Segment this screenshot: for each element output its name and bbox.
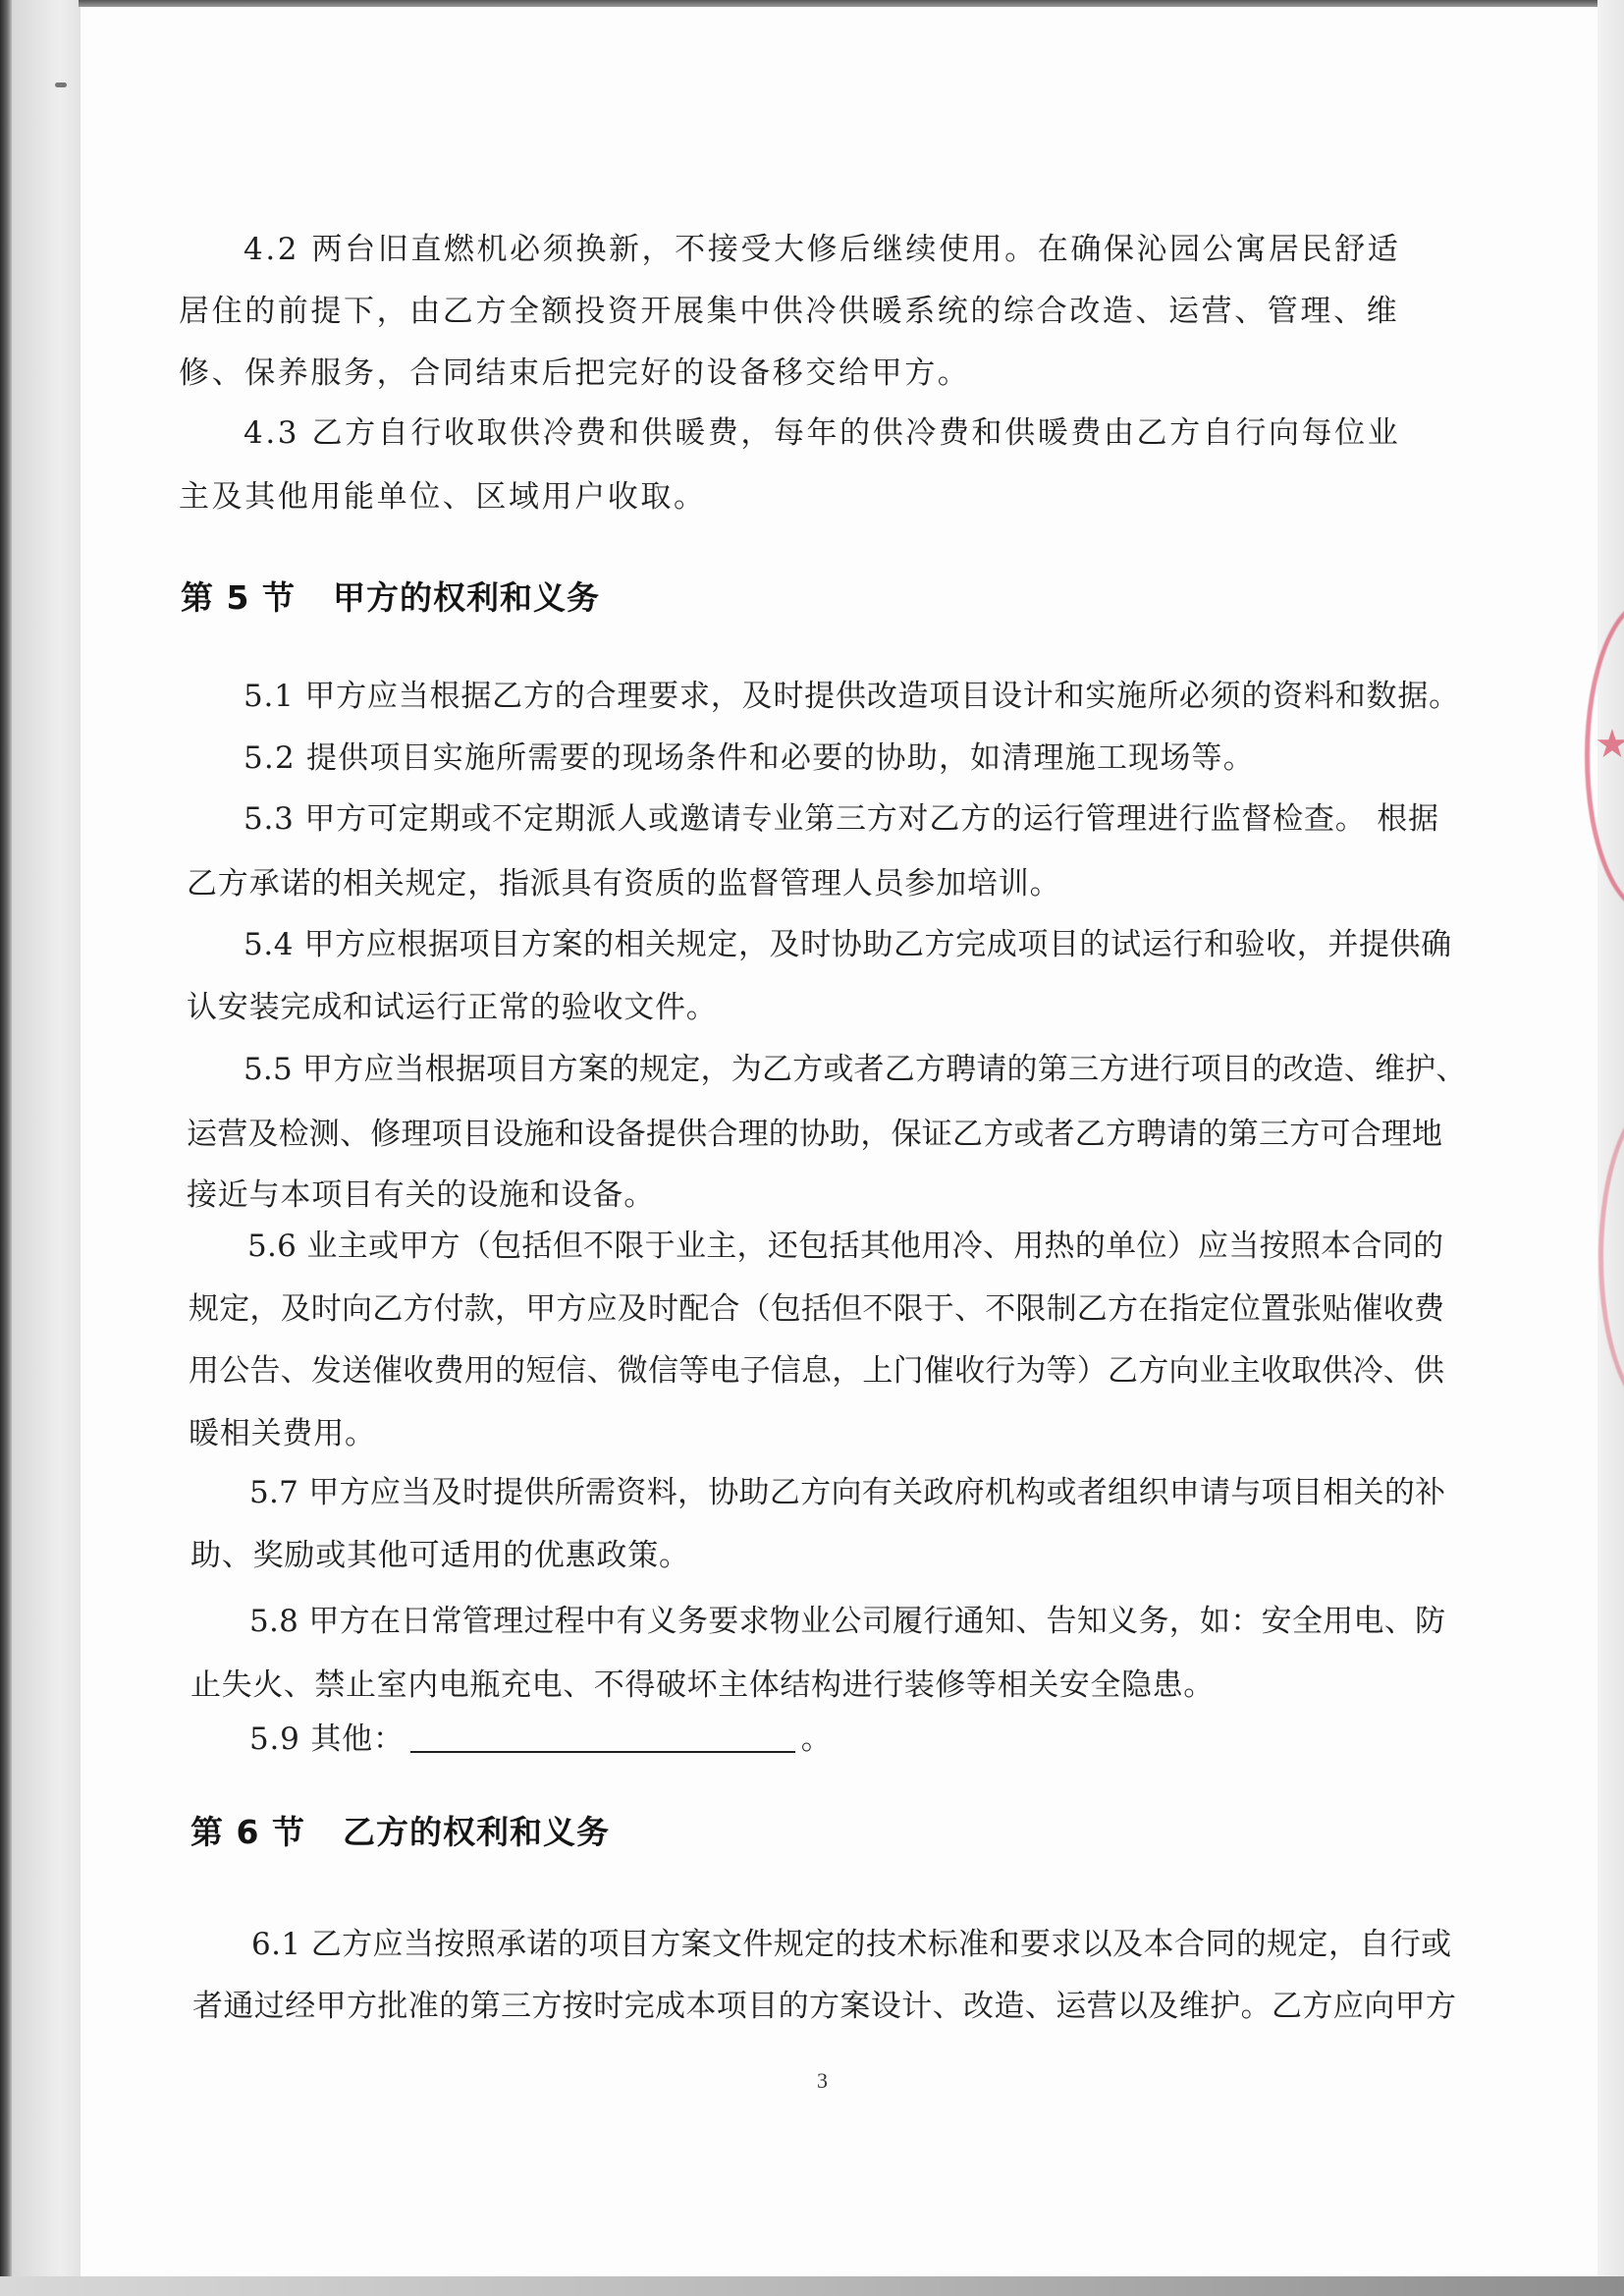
clause-5-6-line-4: 暖相关费用。 (189, 1408, 376, 1452)
clause-5-9-label: 5.9 其他： (249, 1722, 405, 1757)
clause-5-5-line-3: 接近与本项目有关的设施和设备。 (187, 1170, 655, 1214)
clause-6-1-line-1: 6.1 乙方应当按照承诺的项目方案文件规定的技术标准和要求以及本合同的规定，自行… (251, 1919, 1452, 1963)
scan-mark (55, 82, 67, 87)
clause-5-6-line-3: 用公告、发送催收费用的短信、微信等电子信息，上门催收行为等）乙方向业主收取供冷、… (189, 1345, 1444, 1390)
section-6-number: 第 6 节 (190, 1813, 305, 1851)
section-6-heading: 第 6 节乙方的权利和义务 (190, 1807, 610, 1853)
clause-5-7-line-1: 5.7 甲方应当及时提供所需资料，协助乙方向有关政府机构或者组织申请与项目相关的… (249, 1467, 1445, 1511)
clause-4-3-line-2: 主及其他用能单位、区域用户收取。 (179, 471, 707, 516)
clause-5-4-line-1: 5.4 甲方应根据项目方案的相关规定，及时协助乙方完成项目的试运行和验收，并提供… (244, 919, 1452, 963)
clause-5-9-blank-field[interactable] (410, 1751, 795, 1753)
clause-5-4-line-2: 认安装完成和试运行正常的验收文件。 (187, 982, 718, 1026)
clause-5-3-line-2: 乙方承诺的相关规定，指派具有资质的监督管理人员参加培训。 (187, 858, 1060, 902)
clause-4-2-line-2: 居住的前提下，由乙方全额投资开展集中供冷供暖系统的综合改造、运营、管理、维 (179, 286, 1399, 330)
clause-5-5-line-2: 运营及检测、修理项目设施和设备提供合理的协助，保证乙方或者乙方聘请的第三方可合理… (187, 1109, 1442, 1153)
section-6-title: 乙方的权利和义务 (343, 1813, 610, 1851)
section-5-heading: 第 5 节甲方的权利和义务 (181, 573, 600, 619)
clause-5-6-line-1: 5.6 业主或甲方（包括但不限于业主，还包括其他用冷、用热的单位）应当按照本合同… (247, 1221, 1443, 1265)
page-number: 3 (817, 2068, 828, 2094)
section-5-number: 第 5 节 (181, 578, 296, 617)
clause-6-1-line-2: 者通过经甲方批准的第三方按时完成本项目的方案设计、改造、运营以及维护。乙方应向甲… (192, 1981, 1456, 2025)
scan-edge-top (79, 0, 1624, 7)
clause-5-5-line-1: 5.5 甲方应当根据项目方案的规定，为乙方或者乙方聘请的第三方进行项目的改造、维… (244, 1044, 1467, 1088)
clause-4-2-line-3: 修、保养服务，合同结束后把完好的设备移交给甲方。 (179, 348, 970, 392)
clause-5-2-line-1: 5.2 提供项目实施所需要的现场条件和必要的协助，如清理施工现场等。 (244, 733, 1255, 777)
clause-5-7-line-2: 助、奖励或其他可适用的优惠政策。 (190, 1530, 690, 1574)
clause-5-3-line-1: 5.3 甲方可定期或不定期派人或邀请专业第三方对乙方的运行管理进行监督检查。 根… (244, 793, 1439, 838)
clause-5-9-end: 。 (801, 1722, 833, 1757)
seal-star-icon: ★ (1595, 722, 1624, 767)
clause-4-2-line-1: 4.2 两台旧直燃机必须换新，不接受大修后继续使用。在确保沁园公寓居民舒适 (244, 224, 1400, 268)
scan-edge-left (0, 0, 12, 2296)
section-5-title: 甲方的权利和义务 (333, 578, 600, 617)
clause-5-8-line-2: 止失火、禁止室内电瓶充电、不得破坏主体结构进行装修等相关安全隐患。 (190, 1660, 1215, 1704)
clause-4-3-line-1: 4.3 乙方自行收取供冷费和供暖费，每年的供冷费和供暖费由乙方自行向每位业 (244, 408, 1400, 452)
clause-5-1-line-1: 5.1 甲方应当根据乙方的合理要求，及时提供改造项目设计和实施所必须的资料和数据… (244, 671, 1460, 715)
clause-5-8-line-1: 5.8 甲方在日常管理过程中有义务要求物业公司履行通知、告知义务，如：安全用电、… (249, 1596, 1445, 1640)
scan-edge-bottom (0, 2276, 1624, 2296)
clause-5-9: 5.9 其他：。 (249, 1714, 833, 1758)
scan-margin-left (12, 0, 81, 2296)
clause-5-6-line-2: 规定，及时向乙方付款，甲方应及时配合（包括但不限于、不限制乙方在指定位置张贴催收… (189, 1284, 1444, 1328)
